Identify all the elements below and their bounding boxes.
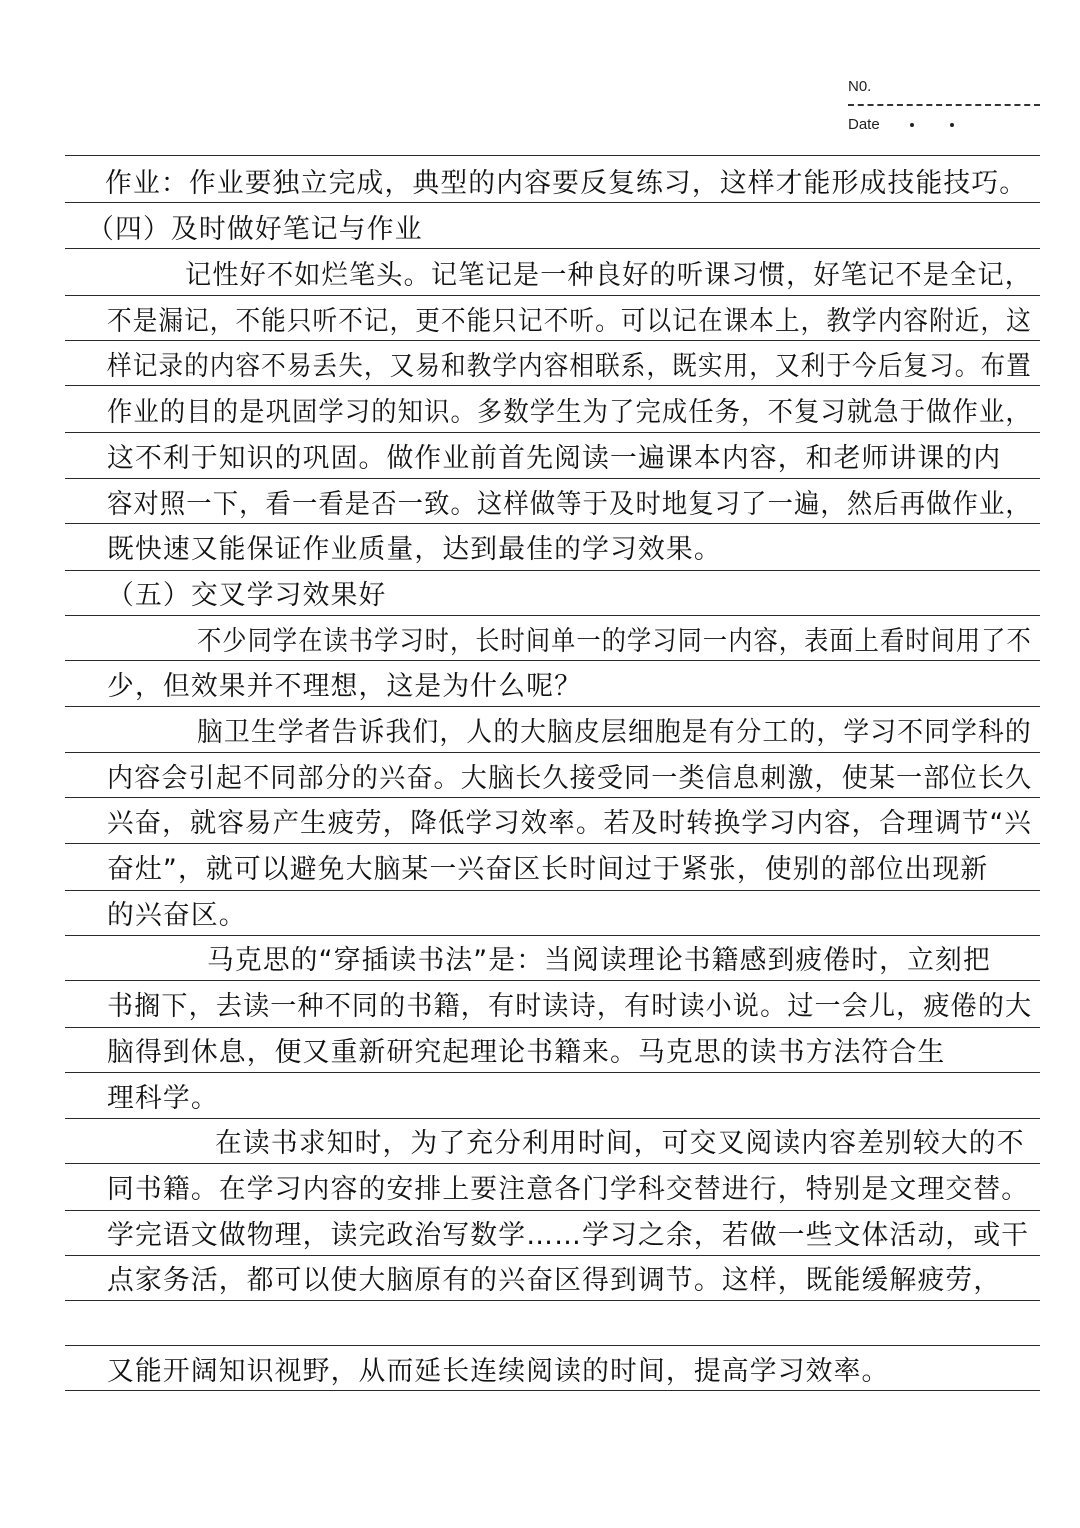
date-separator-dot [950,123,954,127]
note-line: 这不利于知识的巩固。做作业前首先阅读一遍课本内容，和老师讲课的内 [107,440,1032,480]
note-line: 不是漏记，不能只听不记，更不能只记不听。可以记在课本上，教学内容附近，这 [107,303,957,343]
note-line: 马克思的“穿插读书法”是：当阅读理论书籍感到疲倦时，立刻把 [207,942,1032,982]
ruled-line [65,155,1040,156]
note-line: 内容会引起不同部分的兴奋。大脑长久接受同一类信息刺激，使某一部位长久 [107,760,1007,800]
date-label: Date [848,116,880,133]
note-line: （五）交叉学习效果好 [107,577,1032,617]
note-line: （四）及时做好笔记与作业 [87,211,1032,251]
note-line: 作业：作业要独立完成，典型的内容要反复练习，这样才能形成技能技巧。 [105,165,1032,205]
note-line: 在读书求知时，为了充分利用时间，可交叉阅读内容差别较大的不 [215,1125,1032,1165]
note-line: 脑得到休息，便又重新研究起理论书籍来。马克思的读书方法符合生 [107,1034,1032,1074]
note-line: 奋灶”，就可以避免大脑某一兴奋区长时间过于紧张，使别的部位出现新 [107,851,1032,891]
note-line: 点家务活，都可以使大脑原有的兴奋区得到调节。这样，既能缓解疲劳， [107,1262,1032,1302]
note-line: 学完语文做物理，读完政治写数学……学习之余，若做一些文体活动，或干 [107,1217,1032,1257]
note-line: 少，但效果并不理想，这是为什么呢？ [107,668,1032,708]
note-line: 作业的目的是巩固学习的知识。多数学生为了完成任务，不复习就急于做作业， [107,394,981,434]
note-line: 记性好不如烂笔头。记笔记是一种良好的听课习惯，好笔记不是全记， [185,257,1013,297]
note-line: 的兴奋区。 [107,897,1032,937]
note-line: 容对照一下，看一看是否一致。这样做等于及时地复习了一遍，然后再做作业， [107,486,981,526]
note-line: 同书籍。在学习内容的安排上要注意各门学科交替进行，特别是文理交替。 [107,1171,1032,1211]
note-line: 样记录的内容不易丢失，又易和教学内容相联系，既实用，又利于今后复习。布置 [107,348,957,388]
number-dashed-line [848,104,1040,106]
date-separator-dot [910,123,914,127]
number-label: N0. [848,78,1043,100]
note-line: 不少同学在读书学习时，长时间单一的学习同一内容，表面上看时间用了不 [197,623,953,663]
note-line: 书搁下，去读一种不同的书籍，有时读诗，有时读小说。过一会儿，疲倦的大 [107,988,1007,1028]
notebook-header: N0. Date [848,78,1043,133]
ruled-line [65,1345,1040,1346]
note-line: 既快速又能保证作业质量，达到最佳的学习效果。 [107,531,1032,571]
note-line: 兴奋，就容易产生疲劳，降低学习效率。若及时转换学习内容，合理调节“兴 [107,805,1019,845]
note-line: 脑卫生学者告诉我们，人的大脑皮层细胞是有分工的，学习不同学科的 [197,714,1002,754]
date-field: Date [848,116,1043,133]
note-line: 理科学。 [107,1080,1032,1120]
note-line: 又能开阔知识视野，从而延长连续阅读的时间，提高学习效率。 [107,1353,1032,1393]
